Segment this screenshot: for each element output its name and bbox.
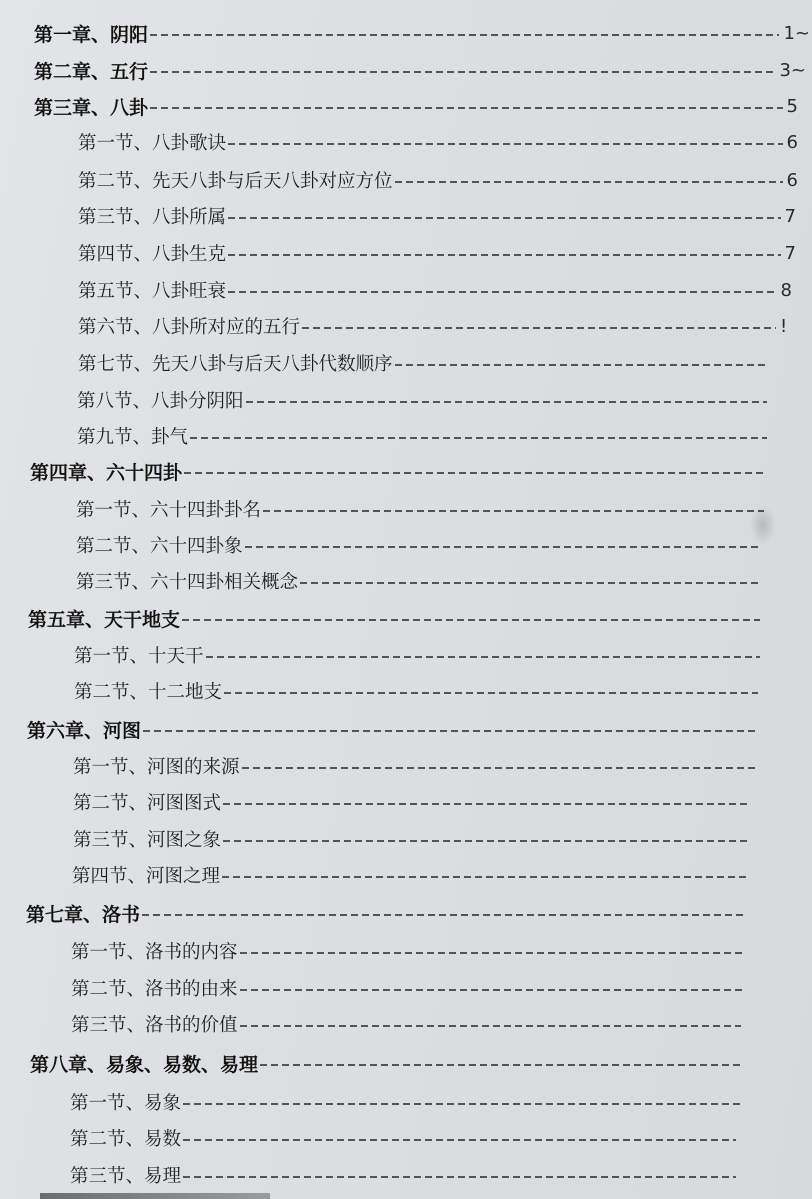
section-title: 第一节、洛书的内容 <box>71 938 238 964</box>
section-title: 第三节、洛书的价值 <box>71 1011 238 1037</box>
toc-entry: 第二节、十二地支 <box>74 676 772 706</box>
dot-leader <box>228 291 777 293</box>
dot-leader <box>395 181 783 183</box>
dot-leader <box>240 989 743 991</box>
dot-leader <box>206 656 760 658</box>
toc-entry: 第三章、八卦 5 <box>34 91 798 121</box>
dot-leader <box>143 730 757 732</box>
toc-entry: 第三节、洛书的价值 <box>71 1009 755 1039</box>
page-number: 7 <box>785 243 796 264</box>
section-title: 第三节、河图之象 <box>73 826 221 852</box>
page-number: 8 <box>781 280 792 301</box>
toc-entry: 第四章、六十四卦 <box>30 456 780 486</box>
table-of-contents: 第一章、阴阳 1~ 第二章、五行 3~ 第三章、八卦 5 第一节、八卦歌诀 6 … <box>0 0 812 1199</box>
toc-entry: 第九节、卦气 <box>77 421 781 451</box>
dot-leader <box>150 34 779 36</box>
dot-leader <box>242 767 755 769</box>
dot-leader <box>142 914 746 916</box>
section-title: 第一节、六十四卦卦名 <box>76 496 261 522</box>
toc-entry: 第三节、六十四卦相关概念 <box>76 566 776 596</box>
chapter-title: 第八章、易象、易数、易理 <box>30 1050 258 1077</box>
chapter-title: 第一章、阴阳 <box>34 20 148 47</box>
chapter-title: 第二章、五行 <box>34 57 148 84</box>
page-number: 3~ <box>779 60 806 81</box>
section-title: 第四节、河图之理 <box>72 862 220 888</box>
dot-leader <box>184 472 766 474</box>
chapter-title: 第六章、河图 <box>27 716 141 743</box>
toc-entry: 第四节、八卦生克 7 <box>78 238 796 268</box>
section-title: 第五节、八卦旺衰 <box>78 277 226 303</box>
section-title: 第九节、卦气 <box>77 423 188 449</box>
toc-entry: 第三节、八卦所属 7 <box>78 201 796 231</box>
toc-entry: 第八节、八卦分阴阳 <box>77 385 781 415</box>
toc-entry: 第五章、天干地支 <box>28 603 774 633</box>
section-title: 第二节、十二地支 <box>74 678 222 704</box>
toc-entry: 第四节、河图之理 <box>72 860 760 890</box>
page-number: 7 <box>785 206 796 227</box>
chapter-title: 第七章、洛书 <box>26 900 140 927</box>
section-title: 第一节、河图的来源 <box>73 753 240 779</box>
section-title: 第二节、易数 <box>70 1125 181 1151</box>
toc-entry: 第一节、易象 <box>70 1087 754 1117</box>
page-number: 6 <box>787 132 798 153</box>
dot-leader <box>260 1064 744 1066</box>
page-number: 6 <box>787 170 798 191</box>
toc-entry: 第五节、八卦旺衰 8 <box>78 275 792 305</box>
dot-leader <box>300 582 762 584</box>
dot-leader <box>246 401 767 403</box>
toc-entry: 第二节、洛书的由来 <box>71 973 757 1003</box>
toc-entry: 第七节、先天八卦与后天八卦代数顺序 <box>78 348 782 378</box>
section-title: 第一节、八卦歌诀 <box>78 129 226 155</box>
section-title: 第三节、易理 <box>70 1162 181 1188</box>
section-title: 第一节、十天干 <box>74 642 204 668</box>
section-title: 第一节、易象 <box>70 1089 181 1115</box>
dot-leader <box>302 327 776 329</box>
toc-entry: 第二节、先天八卦与后天八卦对应方位 6 <box>78 165 798 195</box>
page-number: 5 <box>787 96 798 117</box>
dot-leader <box>183 1103 740 1105</box>
toc-entry: 第一节、六十四卦卦名 <box>76 494 778 524</box>
section-title: 第二节、先天八卦与后天八卦对应方位 <box>78 167 393 193</box>
chapter-title: 第四章、六十四卦 <box>30 458 182 485</box>
dot-leader <box>183 1176 736 1178</box>
toc-entry: 第一章、阴阳 1~ <box>34 18 810 48</box>
dot-leader <box>223 840 749 842</box>
dot-leader <box>222 876 746 878</box>
section-title: 第三节、六十四卦相关概念 <box>76 568 298 594</box>
toc-entry: 第八章、易象、易数、易理 <box>30 1048 758 1078</box>
toc-entry: 第三节、易理 <box>70 1160 750 1190</box>
page-edge-shadow <box>40 1193 270 1199</box>
dot-leader <box>150 107 783 109</box>
section-title: 第八节、八卦分阴阳 <box>77 387 244 413</box>
dot-leader <box>150 71 775 73</box>
page-number: ! <box>780 316 790 337</box>
dot-leader <box>223 803 751 805</box>
section-title: 第三节、八卦所属 <box>78 203 226 229</box>
section-title: 第六节、八卦所对应的五行 <box>78 313 300 339</box>
chapter-title: 第三章、八卦 <box>34 93 148 120</box>
toc-entry: 第一节、十天干 <box>74 640 774 670</box>
dot-leader <box>245 546 762 548</box>
section-title: 第二节、河图图式 <box>73 789 221 815</box>
toc-entry: 第一节、八卦歌诀 6 <box>78 127 798 157</box>
dot-leader <box>240 1025 741 1027</box>
dot-leader <box>240 952 745 954</box>
toc-entry: 第二章、五行 3~ <box>34 55 806 85</box>
dot-leader <box>228 143 783 145</box>
toc-entry: 第七章、洛书 <box>26 898 760 928</box>
toc-entry: 第二节、易数 <box>70 1123 750 1153</box>
toc-entry: 第三节、河图之象 <box>73 824 763 854</box>
section-title: 第四节、八卦生克 <box>78 240 226 266</box>
chapter-title: 第五章、天干地支 <box>28 605 180 632</box>
dot-leader <box>224 692 758 694</box>
dot-leader <box>190 437 767 439</box>
toc-entry: 第一节、洛书的内容 <box>71 936 759 966</box>
dot-leader <box>183 1139 736 1141</box>
dot-leader <box>228 217 781 219</box>
page-number: 1~ <box>783 23 810 44</box>
toc-entry: 第二节、河图图式 <box>73 787 765 817</box>
toc-entry: 第一节、河图的来源 <box>73 751 769 781</box>
toc-entry: 第二节、六十四卦象 <box>76 530 776 560</box>
dot-leader <box>182 619 760 621</box>
toc-entry: 第六章、河图 <box>27 714 771 744</box>
toc-entry: 第六节、八卦所对应的五行 ! <box>78 311 790 341</box>
section-title: 第二节、洛书的由来 <box>71 975 238 1001</box>
dot-leader <box>395 364 768 366</box>
section-title: 第七节、先天八卦与后天八卦代数顺序 <box>78 350 393 376</box>
dot-leader <box>263 510 764 512</box>
dot-leader <box>228 254 781 256</box>
section-title: 第二节、六十四卦象 <box>76 532 243 558</box>
